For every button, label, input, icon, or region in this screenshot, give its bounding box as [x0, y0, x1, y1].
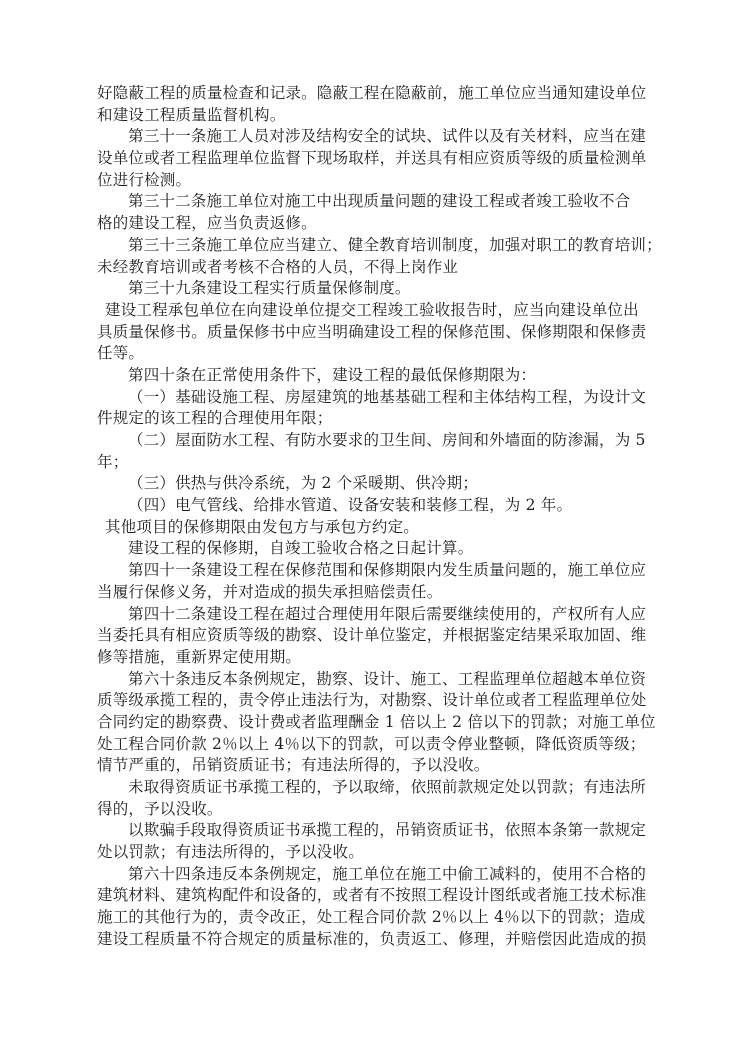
text-line: 年；	[97, 452, 649, 474]
text-line: 得的，予以没收。	[97, 799, 649, 821]
text-line: 处以罚款；有违法所得的，予以没收。	[97, 842, 649, 864]
text-line: 设单位或者工程监理单位监督下现场取样，并送具有相应资质等级的质量检测单	[97, 148, 649, 170]
text-line: 好隐蔽工程的质量检查和记录。隐蔽工程在隐蔽前，施工单位应当通知建设单位	[97, 83, 649, 105]
text-line: 建设工程质量不符合规定的质量标准的，负责返工、修理，并赔偿因此造成的损	[97, 929, 649, 951]
text-line: （三）供热与供冷系统，为 2 个采暖期、供冷期；	[97, 473, 649, 495]
text-line: （二）屋面防水工程、有防水要求的卫生间、房间和外墙面的防渗漏，为 5	[97, 430, 649, 452]
text-line: 建设工程的保修期，自竣工验收合格之日起计算。	[97, 538, 649, 560]
text-line: 情节严重的，吊销资质证书；有违法所得的，予以没收。	[97, 755, 649, 777]
text-line: 当委托具有相应资质等级的勘察、设计单位鉴定，并根据鉴定结果采取加固、维	[97, 625, 649, 647]
text-line: 第六十四条违反本条例规定，施工单位在施工中偷工减料的，使用不合格的	[97, 864, 649, 886]
text-line: 第三十三条施工单位应当建立、健全教育培训制度，加强对职工的教育培训；	[97, 235, 649, 257]
text-line: 位进行检测。	[97, 170, 649, 192]
text-line: 施工的其他行为的，责令改正，处工程合同价款 2％以上 4％以下的罚款；造成	[97, 907, 649, 929]
text-line: 建设工程承包单位在向建设单位提交工程竣工验收报告时，应当向建设单位出	[97, 300, 649, 322]
text-line: （一）基础设施工程、房屋建筑的地基基础工程和主体结构工程，为设计文	[97, 387, 649, 409]
text-line: 质等级承揽工程的，责令停止违法行为，对勘察、设计单位或者工程监理单位处	[97, 690, 649, 712]
text-line: 当履行保修义务，并对造成的损失承担赔偿责任。	[97, 582, 649, 604]
text-line: 未取得资质证书承揽工程的，予以取缔，依照前款规定处以罚款；有违法所	[97, 777, 649, 799]
text-line: 合同约定的勘察费、设计费或者监理酬金 1 倍以上 2 倍以下的罚款；对施工单位	[97, 712, 649, 734]
text-line: 第四十一条建设工程在保修范围和保修期限内发生质量问题的，施工单位应	[97, 560, 649, 582]
text-line: 件规定的该工程的合理使用年限；	[97, 408, 649, 430]
text-line: 第四十条在正常使用条件下，建设工程的最低保修期限为：	[97, 365, 649, 387]
text-line: 任等。	[97, 343, 649, 365]
text-line: 格的建设工程，应当负责返修。	[97, 213, 649, 235]
text-line: 处工程合同价款 2％以上 4％以下的罚款，可以责令停业整顿，降低资质等级；	[97, 734, 649, 756]
text-line: 具质量保修书。质量保修书中应当明确建设工程的保修范围、保修期限和保修责	[97, 322, 649, 344]
text-line: 建筑材料、建筑构配件和设备的，或者有不按照工程设计图纸或者施工技术标准	[97, 885, 649, 907]
text-line: 第三十二条施工单位对施工中出现质量问题的建设工程或者竣工验收不合	[97, 191, 649, 213]
text-line: 其他项目的保修期限由发包方与承包方约定。	[97, 517, 649, 539]
document-page: 好隐蔽工程的质量检查和记录。隐蔽工程在隐蔽前，施工单位应当通知建设单位和建设工程…	[0, 0, 744, 1052]
text-line: 未经教育培训或者考核不合格的人员，不得上岗作业	[97, 257, 649, 279]
text-line: 第四十二条建设工程在超过合理使用年限后需要继续使用的，产权所有人应	[97, 604, 649, 626]
text-line: 以欺骗手段取得资质证书承揽工程的，吊销资质证书，依照本条第一款规定	[97, 820, 649, 842]
document-text: 好隐蔽工程的质量检查和记录。隐蔽工程在隐蔽前，施工单位应当通知建设单位和建设工程…	[97, 83, 649, 951]
text-line: 第三十一条施工人员对涉及结构安全的试块、试件以及有关材料，应当在建	[97, 126, 649, 148]
text-line: 修等措施，重新界定使用期。	[97, 647, 649, 669]
text-line: 和建设工程质量监督机构。	[97, 105, 649, 127]
text-line: 第六十条违反本条例规定，勘察、设计、施工、工程监理单位超越本单位资	[97, 669, 649, 691]
text-line: 第三十九条建设工程实行质量保修制度。	[97, 278, 649, 300]
text-line: （四）电气管线、给排水管道、设备安装和装修工程，为 2 年。	[97, 495, 649, 517]
